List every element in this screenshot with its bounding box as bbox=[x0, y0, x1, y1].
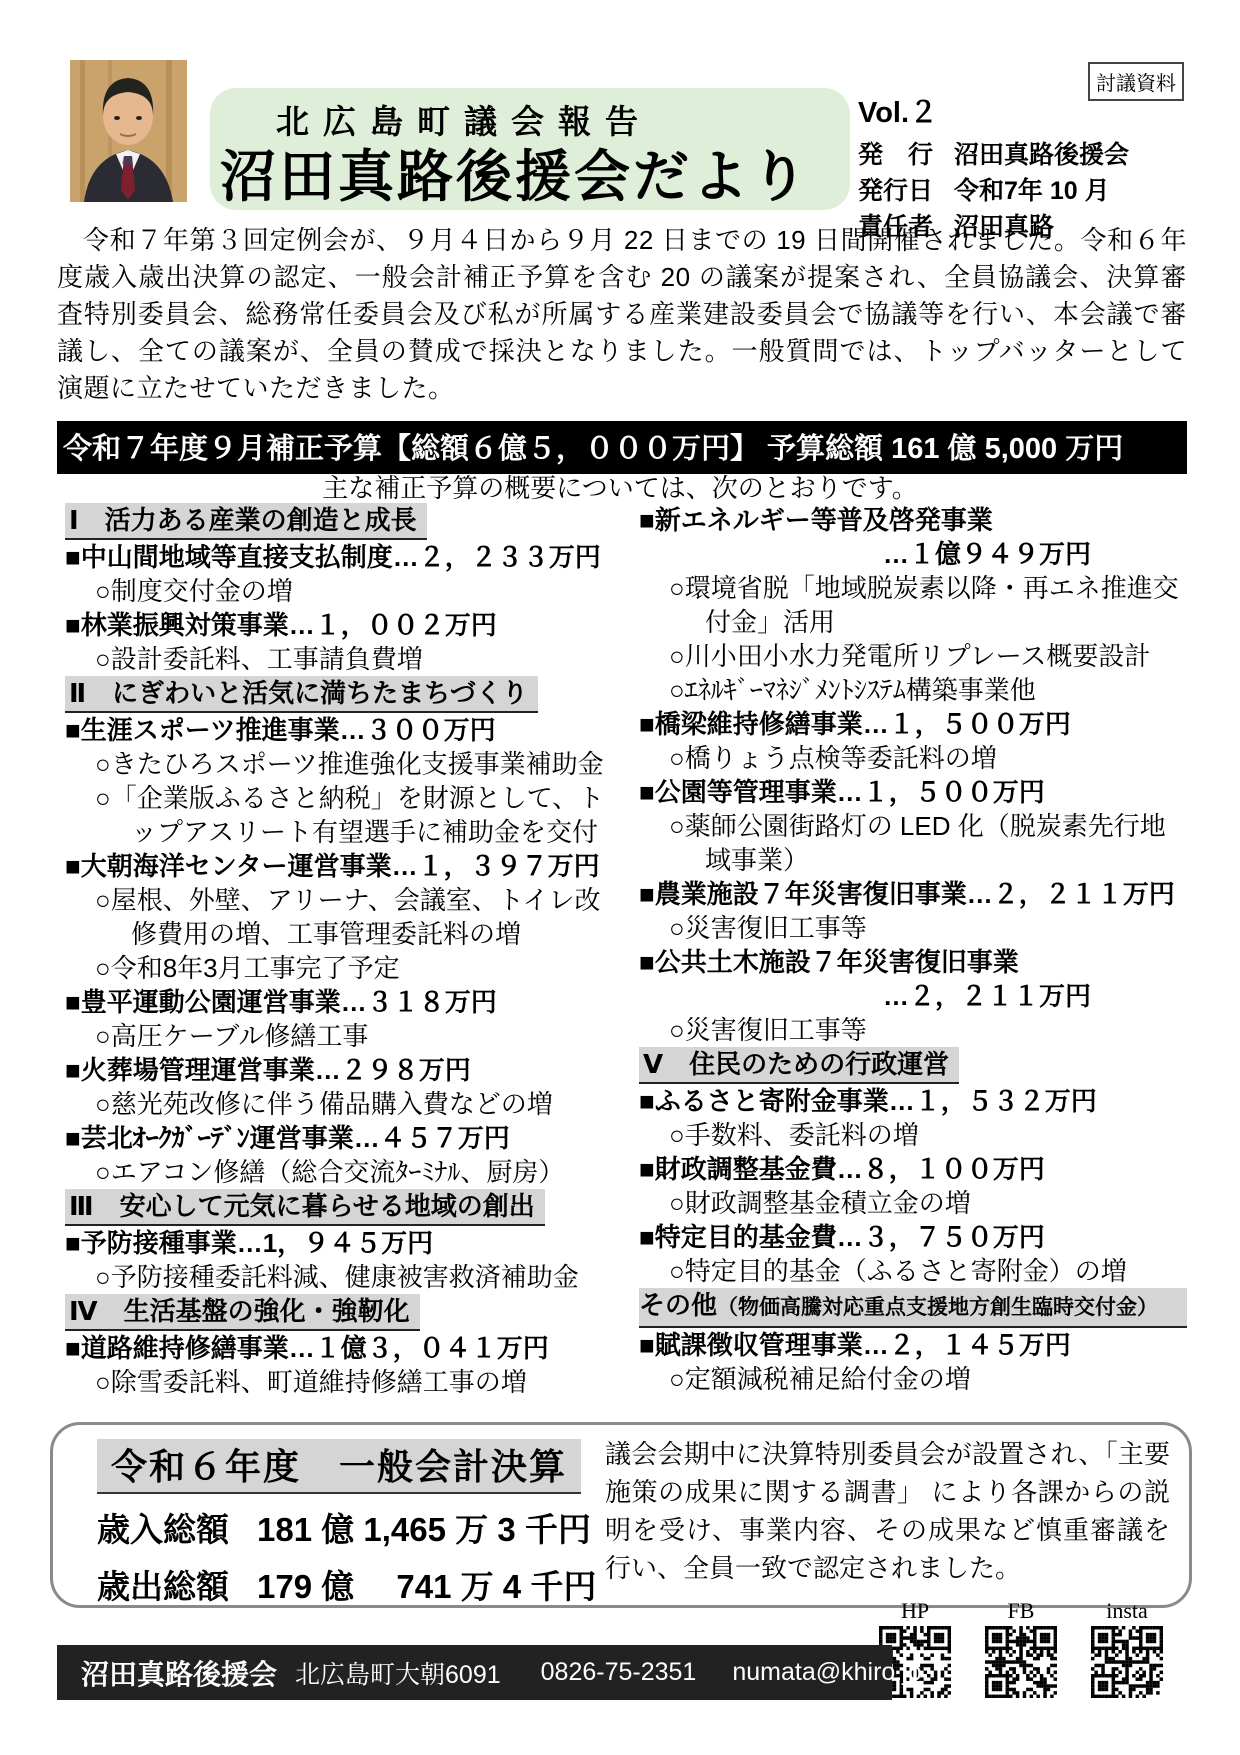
settlement-box: 令和６年度 一般会計決算 歳入総額181 億 1,465 万 3 千円 歳出総額… bbox=[50, 1422, 1192, 1608]
qr-fb-label: FB bbox=[982, 1598, 1060, 1624]
budget-left-column: Ⅰ 活力ある産業の創造と成長■中山間地域等直接支払制度…２，２３３万円○制度交付… bbox=[65, 503, 613, 1399]
contact-bar: 沼田真路後援会 北広島町大朝6091 0826-75-2351 numata@k… bbox=[57, 1645, 892, 1700]
budget-item-heading: ■橋梁維持修繕事業…１，５００万円 bbox=[639, 707, 1187, 741]
revenue-label: 歳入総額 bbox=[97, 1511, 229, 1548]
newsletter-title: 沼田真路後援会だより bbox=[220, 145, 850, 209]
qr-insta: insta bbox=[1088, 1598, 1166, 1698]
budget-item-detail: ○令和8年3月工事完了予定 bbox=[65, 951, 613, 985]
budget-item-detail: ○屋根、外壁、アリーナ、会議室、トイレ改修費用の増、工事管理委託料の増 bbox=[65, 883, 613, 951]
budget-item-amount: …２，２１１万円 bbox=[639, 979, 1187, 1013]
budget-item-heading: ■公園等管理事業…１，５００万円 bbox=[639, 775, 1187, 809]
budget-item-heading: ■生涯スポーツ推進事業…３００万円 bbox=[65, 713, 613, 747]
budget-item-detail: ○環境省脱「地域脱炭素以降・再エネ推進交付金」活用 bbox=[639, 571, 1187, 639]
budget-item-heading: ■公共土木施設７年災害復旧事業 bbox=[639, 945, 1187, 979]
revenue-total-row: 歳入総額181 億 1,465 万 3 千円 bbox=[97, 1504, 617, 1551]
budget-item-heading: ■ふるさと寄附金事業…１，５３２万円 bbox=[639, 1084, 1187, 1118]
qr-insta-code bbox=[1091, 1626, 1163, 1698]
budget-item-detail: ○ｴﾈﾙｷﾞｰﾏﾈｼﾞﾒﾝﾄｼｽﾃﾑ構築事業他 bbox=[639, 673, 1187, 707]
budget-item-detail: ○橋りょう点検等委託料の増 bbox=[639, 741, 1187, 775]
publisher-label: 発 行 bbox=[858, 137, 954, 173]
budget-item-detail: ○川小田小水力発電所リプレース概要設計 bbox=[639, 639, 1187, 673]
expenditure-total-row: 歳出総額179 億 741 万 4 千円 bbox=[97, 1561, 617, 1608]
budget-item-amount: …１億９４９万円 bbox=[639, 537, 1187, 571]
contact-phone: 0826-75-2351 bbox=[541, 1658, 697, 1687]
budget-item-detail: ○除雪委託料、町道維持修繕工事の増 bbox=[65, 1365, 613, 1399]
settlement-title: 令和６年度 一般会計決算 bbox=[97, 1439, 581, 1494]
intro-paragraph: 令和７年第３回定例会が、９月４日から９月 22 日までの 19 日間開催されまし… bbox=[57, 222, 1187, 407]
budget-item-detail: ○災害復旧工事等 bbox=[639, 911, 1187, 945]
budget-item-heading: ■大朝海洋センター運営事業…１，３９７万円 bbox=[65, 849, 613, 883]
other-label: その他 bbox=[639, 1290, 717, 1320]
budget-item-heading: ■財政調整基金費…８，１００万円 bbox=[639, 1152, 1187, 1186]
settlement-note: 議会会期中に決算特別委員会が設置され、「主要施策の成果に関する調書」 により各課… bbox=[605, 1435, 1170, 1587]
contact-address: 北広島町大朝6091 bbox=[295, 1655, 501, 1691]
budget-item-detail: ○設計委託料、工事請負費増 bbox=[65, 642, 613, 676]
budget-item-detail: ○災害復旧工事等 bbox=[639, 1013, 1187, 1047]
section-heading: Ⅱ にぎわいと活気に満ちたまちづくり bbox=[65, 676, 538, 713]
budget-item-heading: ■火葬場管理運営事業…２９８万円 bbox=[65, 1053, 613, 1087]
budget-item-detail: ○特定目的基金（ふるさと寄附金）の増 bbox=[639, 1254, 1187, 1288]
budget-item-detail: ○薬師公園街路灯の LED 化（脱炭素先行地域事業） bbox=[639, 809, 1187, 877]
publish-date-row: 発行日令和7年 10 月 bbox=[858, 173, 1129, 209]
expenditure-label: 歳出総額 bbox=[97, 1568, 229, 1605]
budget-item-heading: ■林業振興対策事業…１，００２万円 bbox=[65, 608, 613, 642]
budget-item-heading: ■豊平運動公園運営事業…３１８万円 bbox=[65, 985, 613, 1019]
budget-item-detail: ○手数料、委託料の増 bbox=[639, 1118, 1187, 1152]
budget-item-heading: ■芸北ｵｰｸｶﾞｰﾃﾞﾝ運営事業…４５７万円 bbox=[65, 1121, 613, 1155]
section-heading-other: その他（物価高騰対応重点支援地方創生臨時交付金） bbox=[639, 1288, 1187, 1328]
budget-item-detail: ○予防接種委託料減、健康被害救済補助金 bbox=[65, 1260, 613, 1294]
budget-item-heading: ■予防接種事業…1，９４５万円 bbox=[65, 1226, 613, 1260]
budget-item-heading: ■賦課徴収管理事業…２，１４５万円 bbox=[639, 1328, 1187, 1362]
contact-email: numata@khiro.jp bbox=[732, 1658, 921, 1687]
budget-item-detail: ○エアコン修繕（総合交流ﾀｰﾐﾅﾙ、厨房） bbox=[65, 1155, 613, 1189]
expenditure-value: 179 億 741 万 4 千円 bbox=[257, 1568, 596, 1605]
budget-right-column: ■新エネルギー等普及啓発事業…１億９４９万円○環境省脱「地域脱炭素以降・再エネ推… bbox=[639, 503, 1187, 1399]
budget-item-detail: ○定額減税補足給付金の増 bbox=[639, 1362, 1187, 1396]
settlement-summary: 令和６年度 一般会計決算 歳入総額181 億 1,465 万 3 千円 歳出総額… bbox=[97, 1439, 617, 1608]
budget-item-detail: ○慈光苑改修に伴う備品購入費などの増 bbox=[65, 1087, 613, 1121]
section-heading: Ⅳ 生活基盤の強化・強靭化 bbox=[65, 1294, 420, 1331]
budget-item-detail: ○財政調整基金積立金の増 bbox=[639, 1186, 1187, 1220]
publish-date-value: 令和7年 10 月 bbox=[954, 177, 1110, 205]
qr-fb-code bbox=[985, 1626, 1057, 1698]
masthead-kicker: 北広島町議会報告 bbox=[220, 96, 850, 143]
budget-item-heading: ■農業施設７年災害復旧事業…２，２１１万円 bbox=[639, 877, 1187, 911]
budget-item-heading: ■中山間地域等直接支払制度…２，２３３万円 bbox=[65, 540, 613, 574]
budget-banner: 令和７年度９月補正予算【総額６億５，０００万円】 予算総額 161 億 5,00… bbox=[57, 421, 1187, 474]
newsletter-page: 北広島町議会報告 沼田真路後援会だより Vol.２ 発 行沼田真路後援会 発行日… bbox=[0, 0, 1240, 1755]
contact-org: 沼田真路後援会 bbox=[81, 1653, 277, 1693]
budget-item-detail: ○制度交付金の増 bbox=[65, 574, 613, 608]
budget-item-heading: ■特定目的基金費…３，７５０万円 bbox=[639, 1220, 1187, 1254]
budget-subtitle: 主な補正予算の概要については、次のとおりです。 bbox=[0, 468, 1240, 505]
section-heading: Ⅲ 安心して元気に暮らせる地域の創出 bbox=[65, 1189, 545, 1226]
other-note: （物価高騰対応重点支援地方創生臨時交付金） bbox=[717, 1296, 1158, 1319]
qr-fb: FB bbox=[982, 1598, 1060, 1698]
section-heading: Ⅰ 活力ある産業の創造と成長 bbox=[65, 503, 427, 540]
portrait-photo bbox=[70, 60, 187, 202]
budget-item-heading: ■新エネルギー等普及啓発事業 bbox=[639, 503, 1187, 537]
revenue-value: 181 億 1,465 万 3 千円 bbox=[257, 1511, 591, 1548]
publisher-value: 沼田真路後援会 bbox=[954, 141, 1129, 169]
budget-item-detail: ○きたひろスポーツ推進強化支援事業補助金 bbox=[65, 747, 613, 781]
budget-columns: Ⅰ 活力ある産業の創造と成長■中山間地域等直接支払制度…２，２３３万円○制度交付… bbox=[65, 503, 1187, 1399]
publisher-row: 発 行沼田真路後援会 bbox=[858, 137, 1129, 173]
qr-insta-label: insta bbox=[1088, 1598, 1166, 1624]
publish-date-label: 発行日 bbox=[858, 173, 954, 209]
budget-item-heading: ■道路維持修繕事業…１億３，０４１万円 bbox=[65, 1331, 613, 1365]
budget-item-detail: ○「企業版ふるさと納税」を財源として、トップアスリート有望選手に補助金を交付 bbox=[65, 781, 613, 849]
discussion-material-tag: 討議資料 bbox=[1088, 62, 1184, 101]
budget-item-detail: ○高圧ケーブル修繕工事 bbox=[65, 1019, 613, 1053]
portrait-illustration bbox=[70, 60, 187, 202]
masthead: 北広島町議会報告 沼田真路後援会だより bbox=[210, 88, 850, 210]
section-heading: Ⅴ 住民のための行政運営 bbox=[639, 1047, 959, 1084]
qr-hp-label: HP bbox=[876, 1598, 954, 1624]
